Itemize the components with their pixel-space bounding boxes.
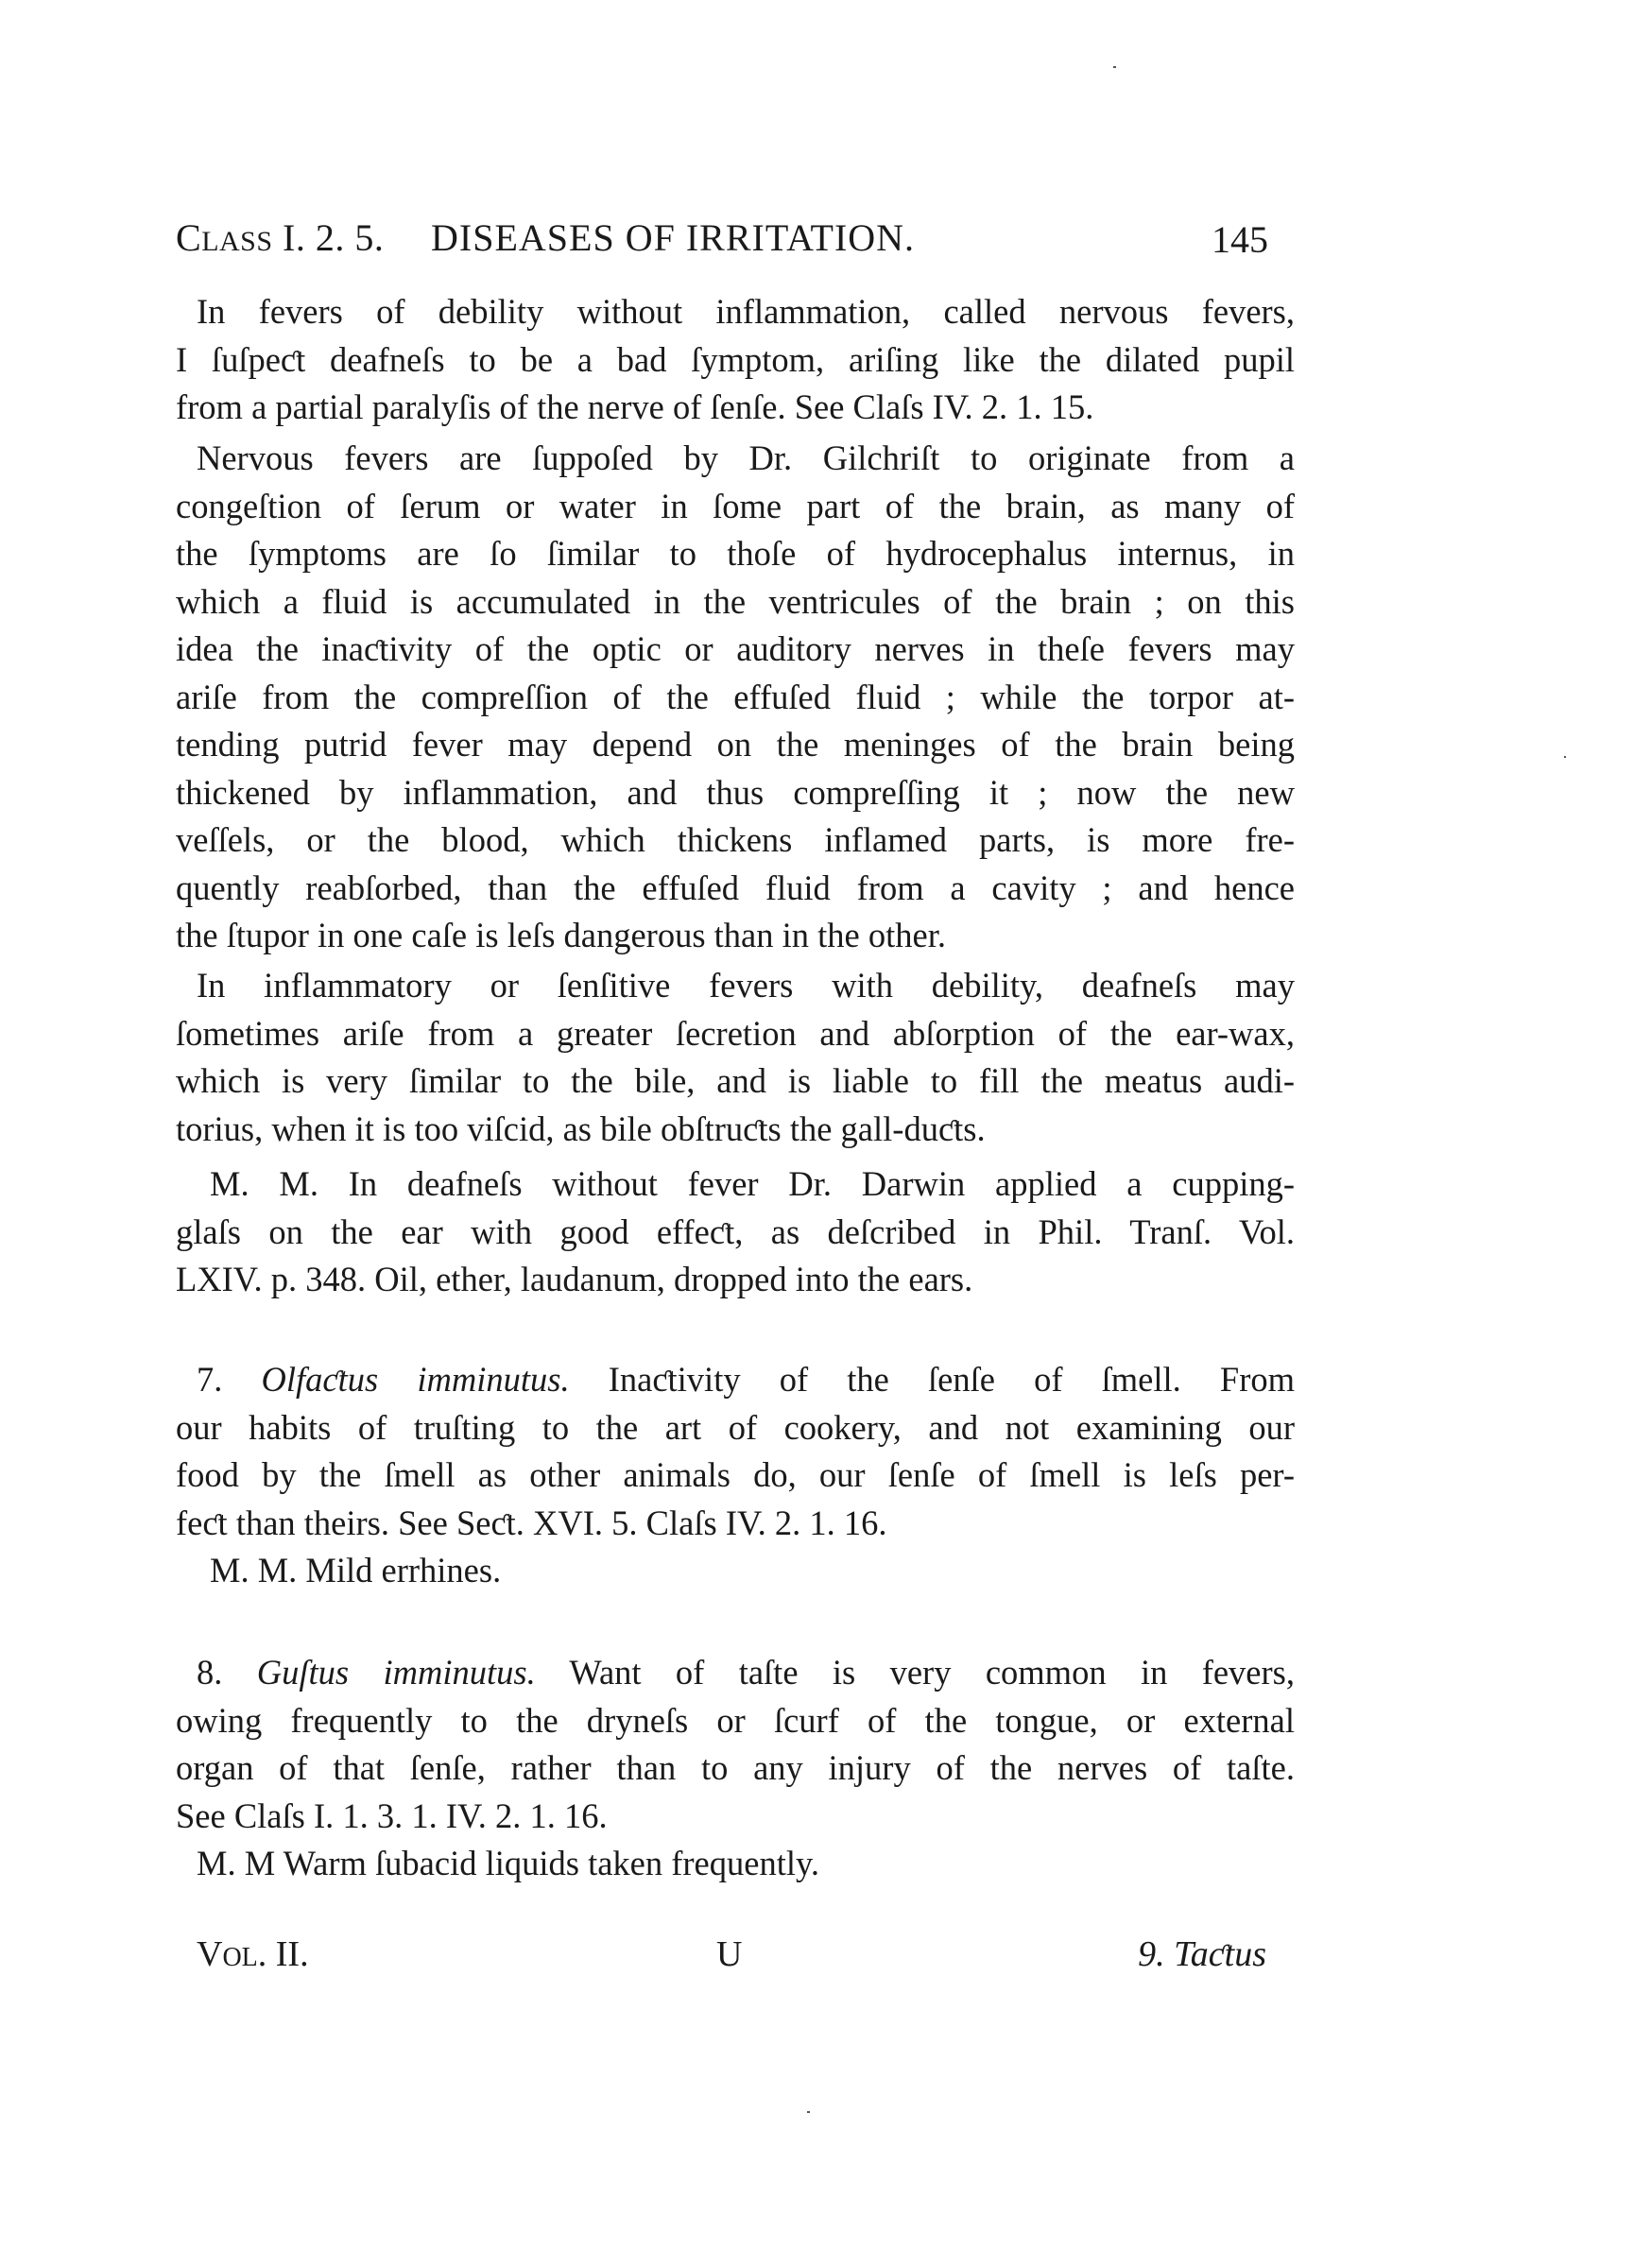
- text-line: congeſtion of ſerum or water in ſome par…: [176, 483, 1295, 531]
- signature-mark: U: [716, 1928, 742, 1981]
- text-line: glaſs on the ear with good effeƈt, as de…: [176, 1209, 1295, 1257]
- text-line: from a partial paralyſis of the nerve of…: [176, 384, 1295, 432]
- text-line: LXIV. p. 348. Oil, ether, laudanum, drop…: [176, 1256, 1295, 1304]
- vol-prefix: V: [197, 1934, 222, 1974]
- section-8-gustus: 8. Guſtus imminutus. Want of taſte is ve…: [176, 1649, 1295, 1888]
- book-page: CLASS I. 2. 5. DISEASES OF IRRITATION. 1…: [176, 0, 1295, 2268]
- text-line: veſſels, or the blood, which thickens in…: [176, 816, 1295, 865]
- text-line: See Claſs I. 1. 3. 1. IV. 2. 1. 16.: [176, 1793, 1295, 1841]
- latin-term: Guſtus imminutus.: [257, 1653, 536, 1692]
- paragraph-inflammatory-fevers: In inflammatory or ſenſitive fevers with…: [176, 962, 1295, 1153]
- paragraph-fevers-of-debility: In fevers of debility without inflammati…: [176, 288, 1295, 432]
- text-line: In fevers of debility without inflammati…: [176, 288, 1295, 336]
- class-prefix: C: [176, 216, 201, 259]
- section-7-olfactus: 7. Olfaƈtus imminutus. Inaƈtivity of the…: [176, 1356, 1295, 1595]
- section-heading-line: 7. Olfaƈtus imminutus. Inaƈtivity of the…: [176, 1356, 1295, 1404]
- catchword: 9. Taƈtus: [1138, 1928, 1266, 1981]
- mm-line: M. M. Mild errhines.: [176, 1547, 1295, 1595]
- text-line: ſometimes ariſe from a greater ſecretion…: [176, 1010, 1295, 1058]
- text-line: Nervous fevers are ſuppoſed by Dr. Gilch…: [176, 435, 1295, 483]
- paragraph-nervous-fevers: Nervous fevers are ſuppoſed by Dr. Gilch…: [176, 435, 1295, 960]
- print-speck: [1564, 756, 1566, 758]
- vol-number: . II.: [258, 1934, 309, 1974]
- class-smallcaps: LASS: [201, 226, 272, 257]
- vol-smallcaps: OL: [222, 1943, 257, 1972]
- mm-line: M. M Warm ſubacid liquids taken frequent…: [176, 1840, 1295, 1888]
- volume-label: VOL. II.: [197, 1928, 309, 1984]
- text-line: the ſtupor in one caſe is leſs dangerous…: [176, 912, 1295, 960]
- latin-term: Olfaƈtus imminutus.: [262, 1360, 570, 1399]
- class-reference: CLASS I. 2. 5.: [176, 210, 384, 270]
- text-line: feƈt than theirs. See Seƈt. XVI. 5. Claſ…: [176, 1500, 1295, 1548]
- print-speck: [1113, 66, 1116, 68]
- section-number: 8.: [197, 1653, 222, 1692]
- page-number: 145: [1212, 212, 1268, 268]
- text-line: ariſe from the compreſſion of the effuſe…: [176, 674, 1295, 722]
- text-line: the ſymptoms are ſo ſimilar to thoſe of …: [176, 530, 1295, 578]
- text-line: I ſuſpeƈt deafneſs to be a bad ſymptom, …: [176, 336, 1295, 385]
- text-line: food by the ſmell as other animals do, o…: [176, 1452, 1295, 1500]
- print-speck: [807, 2111, 810, 2113]
- text-run: Inaƈtivity of the ſenſe of ſmell. From: [609, 1360, 1295, 1399]
- paragraph-mm-deafness: M. M. In deafneſs without fever Dr. Darw…: [176, 1160, 1295, 1304]
- text-run: Want of taſte is very common in fevers,: [569, 1653, 1295, 1692]
- text-line: organ of that ſenſe, rather than to any …: [176, 1744, 1295, 1793]
- text-line: owing frequently to the dryneſs or ſcurf…: [176, 1697, 1295, 1745]
- text-line: In inflammatory or ſenſitive fevers with…: [176, 962, 1295, 1010]
- text-line: M. M. In deafneſs without fever Dr. Darw…: [176, 1160, 1295, 1209]
- section-number: 7.: [197, 1360, 222, 1399]
- text-line: idea the inaƈtivity of the optic or audi…: [176, 626, 1295, 674]
- text-line: which is very ſimilar to the bile, and i…: [176, 1057, 1295, 1106]
- chapter-title: DISEASES OF IRRITATION.: [431, 210, 915, 266]
- text-line: thickened by inflammation, and thus comp…: [176, 769, 1295, 817]
- class-ref-number: I. 2. 5.: [273, 216, 385, 259]
- running-head: CLASS I. 2. 5. DISEASES OF IRRITATION. 1…: [176, 210, 1295, 266]
- text-line: which a fluid is accumulated in the vent…: [176, 578, 1295, 627]
- text-line: torius, when it is too viſcid, as bile o…: [176, 1106, 1295, 1154]
- text-line: tending putrid fever may depend on the m…: [176, 721, 1295, 769]
- text-line: our habits of truſting to the art of coo…: [176, 1404, 1295, 1452]
- text-line: quently reabſorbed, than the effuſed flu…: [176, 865, 1295, 913]
- section-heading-line: 8. Guſtus imminutus. Want of taſte is ve…: [176, 1649, 1295, 1697]
- page-footer: VOL. II. U 9. Taƈtus: [176, 1928, 1295, 1981]
